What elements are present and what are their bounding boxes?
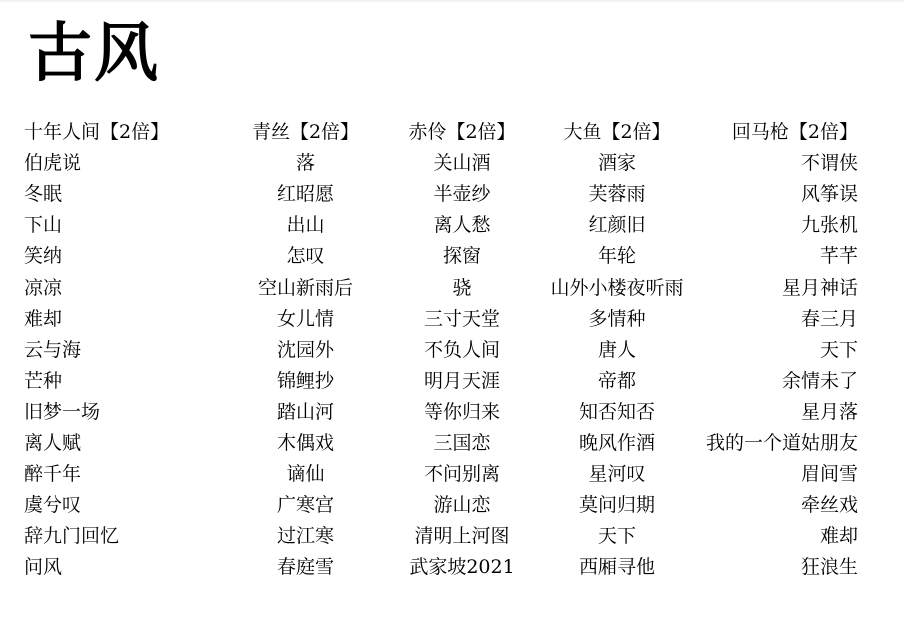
- table-cell: 不谓侠: [703, 148, 858, 179]
- table-row: 辞九门回忆 过江寒 清明上河图 天下 难却: [24, 521, 858, 552]
- table-cell: 伯虎说: [24, 148, 218, 179]
- table-row: 旧梦一场 踏山河 等你归来 知否知否 星月落: [24, 397, 858, 428]
- table-cell: 狂浪生: [703, 552, 858, 583]
- table-cell: 怎叹: [218, 241, 393, 272]
- table-cell: 九张机: [703, 210, 858, 241]
- table-cell: 空山新雨后: [218, 272, 393, 303]
- table-cell: 年轮: [531, 241, 703, 272]
- header-cell: 青丝【2倍】: [218, 117, 393, 148]
- table-cell: 莫问归期: [531, 490, 703, 521]
- table-cell: 锦鲤抄: [218, 366, 393, 397]
- table-cell: 三寸天堂: [393, 304, 531, 335]
- table-cell: 多情种: [531, 304, 703, 335]
- table-cell: 武家坡2021: [393, 552, 531, 583]
- table-cell: 不负人间: [393, 335, 531, 366]
- table-cell: 唐人: [531, 335, 703, 366]
- table-row: 醉千年 谪仙 不问别离 星河叹 眉间雪: [24, 459, 858, 490]
- table-cell: 探窗: [393, 241, 531, 272]
- table-row: 难却 女儿情 三寸天堂 多情种 春三月: [24, 304, 858, 335]
- table-cell: 余情未了: [703, 366, 858, 397]
- table-cell: 木偶戏: [218, 428, 393, 459]
- table-cell: 骁: [393, 272, 531, 303]
- table-cell: 春庭雪: [218, 552, 393, 583]
- table-cell: 出山: [218, 210, 393, 241]
- page-title: 古风: [28, 14, 160, 94]
- table-cell: 关山酒: [393, 148, 531, 179]
- table-cell: 红昭愿: [218, 179, 393, 210]
- table-header-row: 十年人间【2倍】 青丝【2倍】 赤伶【2倍】 大鱼【2倍】 回马枪【2倍】: [24, 117, 858, 148]
- table-row: 伯虎说 落 关山酒 酒家 不谓侠: [24, 148, 858, 179]
- table-cell: 星河叹: [531, 459, 703, 490]
- table-cell: 天下: [703, 335, 858, 366]
- table-cell: 天下: [531, 521, 703, 552]
- header-cell: 十年人间【2倍】: [24, 117, 218, 148]
- table-cell: 芊芊: [703, 241, 858, 272]
- table-cell: 星月神话: [703, 272, 858, 303]
- table-row: 芒种 锦鲤抄 明月天涯 帝都 余情未了: [24, 366, 858, 397]
- table-row: 笑纳 怎叹 探窗 年轮 芊芊: [24, 241, 858, 272]
- table-cell: 沈园外: [218, 335, 393, 366]
- table-cell: 凉凉: [24, 272, 218, 303]
- table-cell: 帝都: [531, 366, 703, 397]
- table-cell: 西厢寻他: [531, 552, 703, 583]
- table-cell: 落: [218, 148, 393, 179]
- table-cell: 芙蓉雨: [531, 179, 703, 210]
- table-cell: 春三月: [703, 304, 858, 335]
- table-cell: 冬眠: [24, 179, 218, 210]
- table-cell: 牵丝戏: [703, 490, 858, 521]
- top-border: [0, 0, 904, 2]
- table-cell: 不问别离: [393, 459, 531, 490]
- table-cell: 云与海: [24, 335, 218, 366]
- table-cell: 问风: [24, 552, 218, 583]
- table-row: 冬眠 红昭愿 半壶纱 芙蓉雨 风筝误: [24, 179, 858, 210]
- table-cell: 眉间雪: [703, 459, 858, 490]
- table-cell: 醉千年: [24, 459, 218, 490]
- table-row: 离人赋 木偶戏 三国恋 晚风作酒 我的一个道姑朋友: [24, 428, 858, 459]
- table-cell: 笑纳: [24, 241, 218, 272]
- header-cell: 回马枪【2倍】: [703, 117, 858, 148]
- table-cell: 难却: [703, 521, 858, 552]
- table-cell: 风筝误: [703, 179, 858, 210]
- table-cell: 女儿情: [218, 304, 393, 335]
- table-cell: 三国恋: [393, 428, 531, 459]
- table-row: 云与海 沈园外 不负人间 唐人 天下: [24, 335, 858, 366]
- table-cell: 芒种: [24, 366, 218, 397]
- table-cell: 晚风作酒: [531, 428, 703, 459]
- table-cell: 知否知否: [531, 397, 703, 428]
- table-row: 问风 春庭雪 武家坡2021 西厢寻他 狂浪生: [24, 552, 858, 583]
- table-cell: 离人赋: [24, 428, 218, 459]
- table-cell: 下山: [24, 210, 218, 241]
- table-cell: 谪仙: [218, 459, 393, 490]
- table-cell: 辞九门回忆: [24, 521, 218, 552]
- table-cell: 清明上河图: [393, 521, 531, 552]
- table-cell: 红颜旧: [531, 210, 703, 241]
- header-cell: 大鱼【2倍】: [531, 117, 703, 148]
- song-table: 十年人间【2倍】 青丝【2倍】 赤伶【2倍】 大鱼【2倍】 回马枪【2倍】 伯虎…: [24, 117, 858, 583]
- table-cell: 难却: [24, 304, 218, 335]
- table-cell: 广寒宫: [218, 490, 393, 521]
- table-row: 虞兮叹 广寒宫 游山恋 莫问归期 牵丝戏: [24, 490, 858, 521]
- table-cell: 明月天涯: [393, 366, 531, 397]
- table-cell: 半壶纱: [393, 179, 531, 210]
- table-cell: 星月落: [703, 397, 858, 428]
- table-cell: 游山恋: [393, 490, 531, 521]
- table-cell: 虞兮叹: [24, 490, 218, 521]
- table-cell: 等你归来: [393, 397, 531, 428]
- table-cell: 离人愁: [393, 210, 531, 241]
- table-cell: 旧梦一场: [24, 397, 218, 428]
- table-row: 凉凉 空山新雨后 骁 山外小楼夜听雨 星月神话: [24, 272, 858, 303]
- table-cell: 踏山河: [218, 397, 393, 428]
- header-cell: 赤伶【2倍】: [393, 117, 531, 148]
- table-cell: 酒家: [531, 148, 703, 179]
- table-row: 下山 出山 离人愁 红颜旧 九张机: [24, 210, 858, 241]
- table-cell: 过江寒: [218, 521, 393, 552]
- table-cell: 山外小楼夜听雨: [531, 272, 703, 303]
- table-cell: 我的一个道姑朋友: [703, 428, 858, 459]
